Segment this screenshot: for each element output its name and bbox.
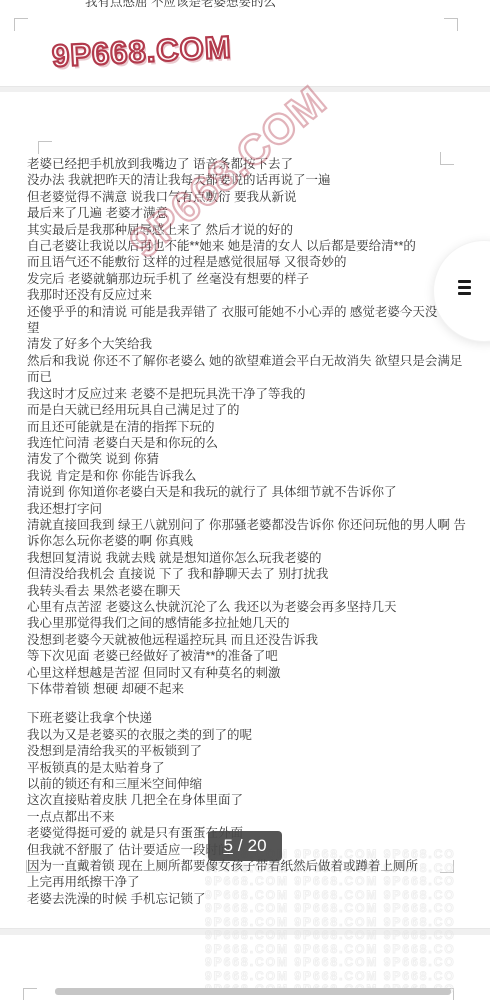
text-line: 老婆已经把手机放到我嘴边了 语音条都按下去了 bbox=[27, 156, 467, 172]
corner-mark bbox=[14, 18, 28, 31]
faint-watermark-row: 9P668.COM 9P668.COM 9P668.COM bbox=[205, 970, 455, 984]
text-line: 我想回复清说 我就去贱 就是想知道你怎么玩我老婆的 bbox=[27, 550, 467, 566]
next-page-bar bbox=[55, 988, 451, 995]
text-line: 下班老婆让我拿个快递 bbox=[27, 710, 467, 726]
previous-page-text: 我有点憋屈 不应该是老婆想要的么 bbox=[85, 0, 276, 9]
text-line: 心里这样想越是苦涩 但同时又有种莫名的刺激 bbox=[27, 665, 467, 681]
text-line: 而且还可能就是在清的指挥下玩的 bbox=[27, 419, 467, 435]
faint-watermark-row: 9P668.COM 9P668.COM 9P668.COM bbox=[205, 956, 455, 970]
text-line: 没想到是清给我买的平板锁到了 bbox=[27, 743, 467, 759]
text-line: 最后来了几遍 老婆才满意 bbox=[27, 205, 467, 221]
page-separator: / bbox=[238, 836, 243, 856]
text-line: 我连忙问清 老婆白天是和你玩的么 bbox=[27, 435, 467, 451]
text-line: 没办法 我就把昨天的清让我每天都要说的话再说了一遍 bbox=[27, 172, 467, 188]
corner-mark bbox=[23, 988, 37, 1000]
page-total: 20 bbox=[248, 836, 267, 856]
text-line: 我心里那觉得我们之间的感情能多拉扯她几天的 bbox=[27, 615, 467, 631]
text-line: 清就直接回我到 绿王八就别问了 你那骚老婆都没告诉你 你还问玩他的男人啊 告诉你… bbox=[27, 517, 467, 550]
text-line: 以前的锁还有和三厘米空间伸缩 bbox=[27, 776, 467, 792]
page-divider bbox=[0, 928, 490, 935]
reader-screen: { "site_watermark": { "text": "9P668.COM… bbox=[0, 0, 490, 1000]
text-line: 我这时才反应过来 老婆不是把玩具洗干净了等我的 bbox=[27, 386, 467, 402]
page-current: 5 bbox=[223, 836, 232, 856]
text-line: 自己老婆让我说以后再也不能**她来 她是清的女人 以后都是要给清**的 bbox=[27, 238, 467, 254]
text-line: 老婆去洗澡的时候 手机忘记锁了 bbox=[27, 891, 467, 907]
text-line: 我还想打字问 bbox=[27, 501, 467, 517]
paragraph: 老婆已经把手机放到我嘴边了 语音条都按下去了没办法 我就把昨天的清让我每天都要说… bbox=[27, 156, 467, 697]
page-indicator: 5 / 20 bbox=[208, 831, 282, 861]
text-line: 等下次见面 老婆已经做好了被清**的准备了吧 bbox=[27, 648, 467, 664]
text-line: 下体带着锁 想硬 却硬不起来 bbox=[27, 681, 467, 697]
text-line: 而是白天就已经用玩具自己满足过了的 bbox=[27, 402, 467, 418]
text-line: 心里有点苦涩 老婆这么快就沉沦了么 我还以为老婆会再多坚持几天 bbox=[27, 599, 467, 615]
text-line: 然后和我说 你还不了解你老婆么 她的欲望难道会平白无故消失 欲望只是会满足而已 bbox=[27, 353, 467, 386]
text-line: 清说到 你知道你老婆白天是和我玩的就行了 具体细节就不告诉你了 bbox=[27, 484, 467, 500]
corner-mark bbox=[38, 141, 52, 154]
text-line: 我那时还没有反应过来 bbox=[27, 287, 467, 303]
hamburger-menu-icon bbox=[458, 280, 471, 298]
text-line: 上完再用纸擦干净了 bbox=[27, 874, 467, 890]
site-watermark: 9P668.COM bbox=[51, 29, 232, 74]
faint-watermark-row: 9P668.COM 9P668.COM 9P668.COM bbox=[205, 916, 455, 930]
text-line: 其实最后是我那种屈辱感上来了 然后才说的好的 bbox=[27, 222, 467, 238]
text-line: 清发了个微笑 说到 你猜 bbox=[27, 451, 467, 467]
text-line: 还傻乎乎的和清说 可能是我弄错了 衣服可能她不小心弄的 感觉老婆今天没有欲望 bbox=[27, 304, 467, 337]
page-text[interactable]: 老婆已经把手机放到我嘴边了 语音条都按下去了没办法 我就把昨天的清让我每天都要说… bbox=[27, 156, 467, 907]
text-line: 我以为又是老婆买的衣服之类的到了的呢 bbox=[27, 727, 467, 743]
text-line: 这次直接贴着皮肤 几把全在身体里面了 bbox=[27, 792, 467, 808]
faint-watermark-row: 9P668.COM 9P668.COM 9P668.COM bbox=[205, 943, 455, 957]
previous-page-fragment: 我有点憋屈 不应该是老婆想要的么 bbox=[0, 0, 490, 9]
text-line: 没想到老婆今天就被他远程遥控玩具 而且还没告诉我 bbox=[27, 632, 467, 648]
text-line: 发完后 老婆就躺那边玩手机了 丝毫没有想要的样子 bbox=[27, 271, 467, 287]
text-line: 我说 肯定是和你 你能告诉我么 bbox=[27, 468, 467, 484]
corner-mark bbox=[444, 18, 458, 31]
text-line: 但清没给我机会 直接说 下了 我和静聊天去了 别打扰我 bbox=[27, 566, 467, 582]
text-line: 我转头看去 果然老婆在聊天 bbox=[27, 583, 467, 599]
text-line: 而且语气还不能敷衍 这样的过程是感觉很屈辱 又很奇妙的 bbox=[27, 254, 467, 270]
text-line: 但老婆觉得不满意 说我口气有点敷衍 要我从新说 bbox=[27, 189, 467, 205]
text-line: 一点点都出不来 bbox=[27, 809, 467, 825]
text-line: 清发了好多个大笑给我 bbox=[27, 336, 467, 352]
paragraph: 下班老婆让我拿个快递我以为又是老婆买的衣服之类的到了的呢没想到是清给我买的平板锁… bbox=[27, 710, 467, 907]
text-line: 平板锁真的是太贴着身了 bbox=[27, 760, 467, 776]
page-divider bbox=[0, 86, 490, 92]
